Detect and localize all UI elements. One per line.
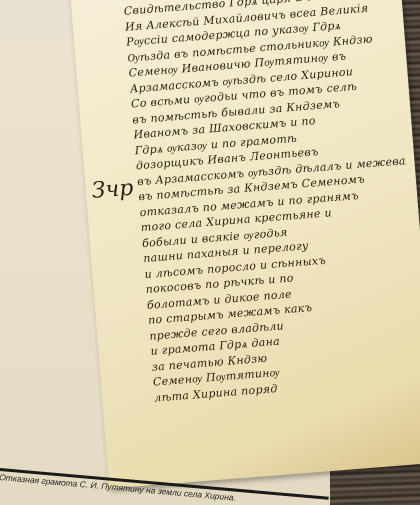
manuscript-sheet: Зчр Свидѣтельство Гдрѧ царя и великого к… xyxy=(70,0,420,488)
manuscript-text: Свидѣтельство Гдрѧ царя и великого князя… xyxy=(123,0,420,406)
signature-mark: Зчр xyxy=(91,176,134,204)
